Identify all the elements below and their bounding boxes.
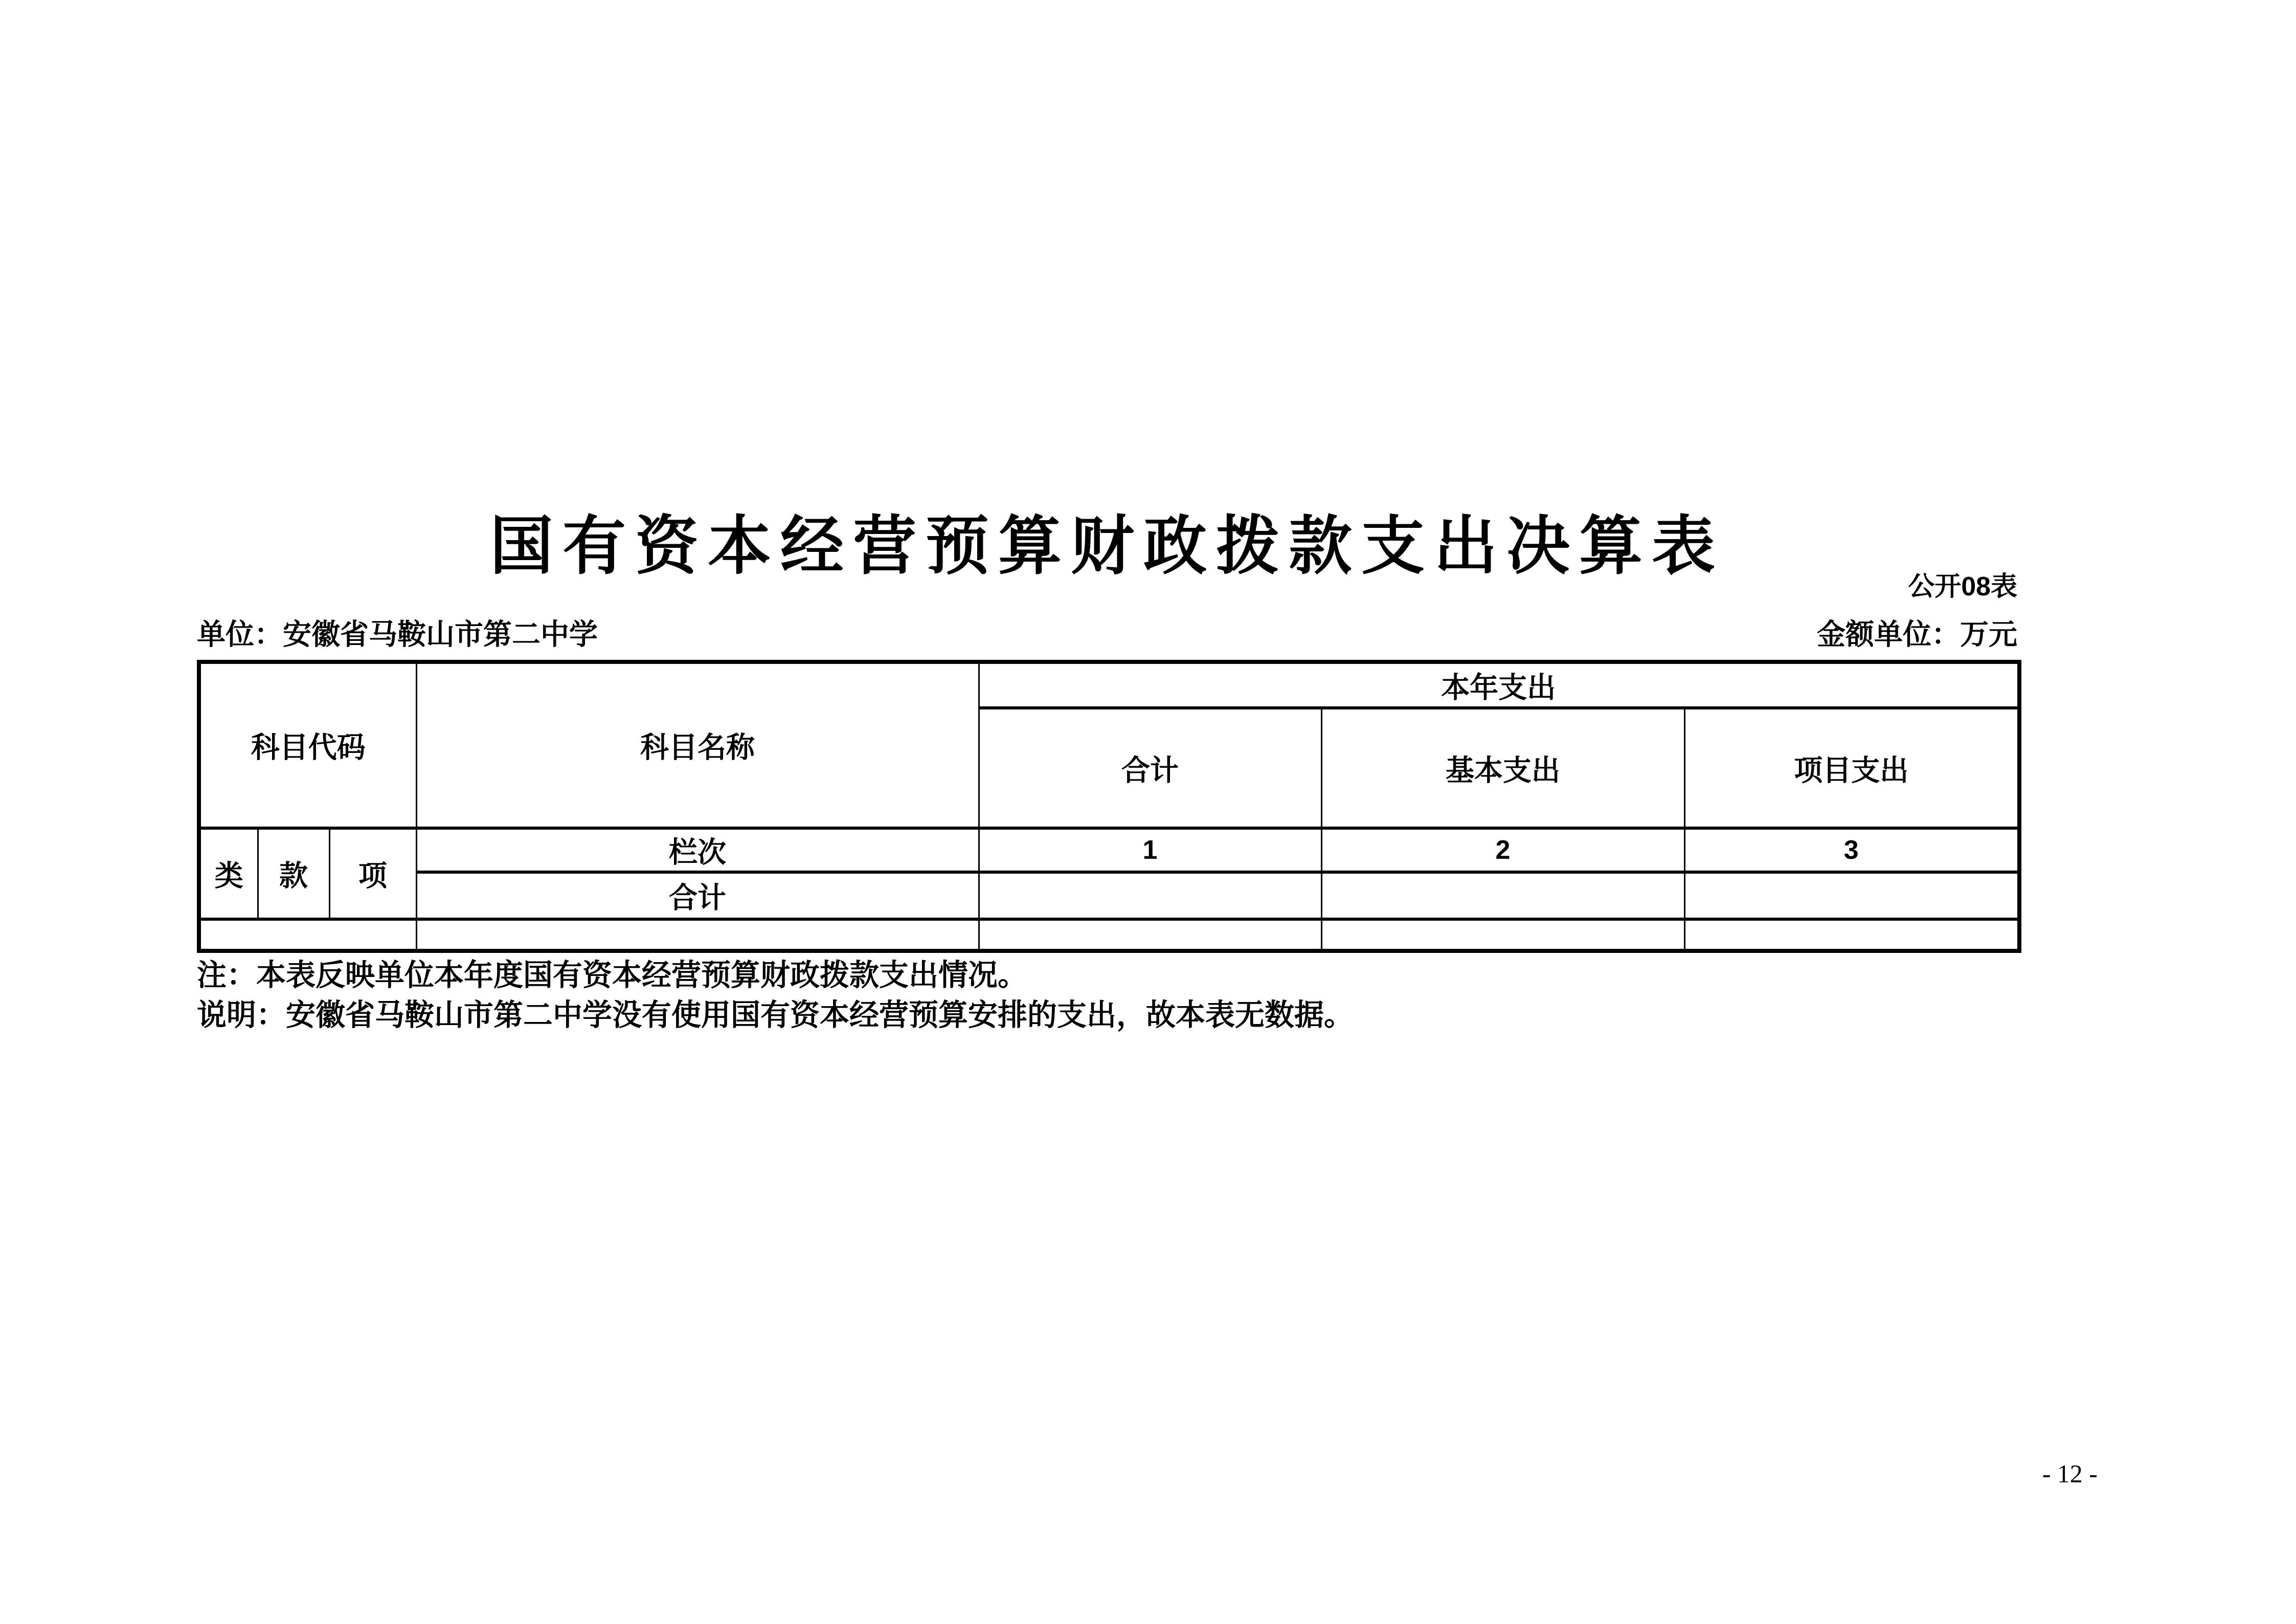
total-row-basic-value — [1321, 872, 1684, 919]
empty-row-total-value — [979, 919, 1321, 951]
header-item: 项 — [329, 828, 416, 919]
header-basic-expenditure: 基本支出 — [1321, 708, 1684, 828]
empty-row-basic-value — [1321, 919, 1684, 951]
header-class: 类 — [199, 828, 258, 919]
amount-unit-label: 金额单位：万元 — [1817, 612, 2017, 653]
meta-row: 单位：安徽省马鞍山市第二中学 金额单位：万元 — [197, 612, 2017, 653]
header-current-year-expenditure: 本年支出 — [979, 662, 2019, 708]
column-number-1: 1 — [979, 828, 1321, 872]
header-subject-code: 科目代码 — [199, 662, 416, 828]
total-row-total-value — [979, 872, 1321, 919]
table-row: 类 款 项 栏次 1 2 3 — [199, 828, 2019, 872]
column-number-3: 3 — [1684, 828, 2019, 872]
note-line-1: 注：本表反映单位本年度国有资本经营预算财政拨款支出情况。 — [197, 955, 2191, 995]
note-line-2: 说明：安徽省马鞍山市第二中学没有使用国有资本经营预算安排的支出，故本表无数据。 — [197, 995, 2191, 1035]
column-index-label: 栏次 — [416, 828, 979, 872]
empty-row-name-cell — [416, 919, 979, 951]
total-row-label: 合计 — [416, 872, 979, 919]
header-section: 款 — [258, 828, 329, 919]
column-number-2: 2 — [1321, 828, 1684, 872]
table-row: 合计 — [199, 872, 2019, 919]
table-row: 科目代码 科目名称 本年支出 — [199, 662, 2019, 708]
page-number: - 12 - — [2042, 1459, 2098, 1488]
expenditure-table: 科目代码 科目名称 本年支出 合计 基本支出 项目支出 类 款 项 栏次 1 2… — [197, 660, 2021, 953]
empty-row-code-cell — [199, 919, 416, 951]
table-code-label: 公开08表 — [197, 565, 2017, 603]
document-page: 国有资本经营预算财政拨款支出决算表 公开08表 单位：安徽省马鞍山市第二中学 金… — [0, 0, 2296, 1624]
unit-label: 单位：安徽省马鞍山市第二中学 — [197, 612, 598, 653]
header-project-expenditure: 项目支出 — [1684, 708, 2019, 828]
empty-row-project-value — [1684, 919, 2019, 951]
notes-block: 注：本表反映单位本年度国有资本经营预算财政拨款支出情况。 说明：安徽省马鞍山市第… — [197, 955, 2191, 1035]
table-row — [199, 919, 2019, 951]
header-subject-name: 科目名称 — [416, 662, 979, 828]
total-row-project-value — [1684, 872, 2019, 919]
header-total: 合计 — [979, 708, 1321, 828]
